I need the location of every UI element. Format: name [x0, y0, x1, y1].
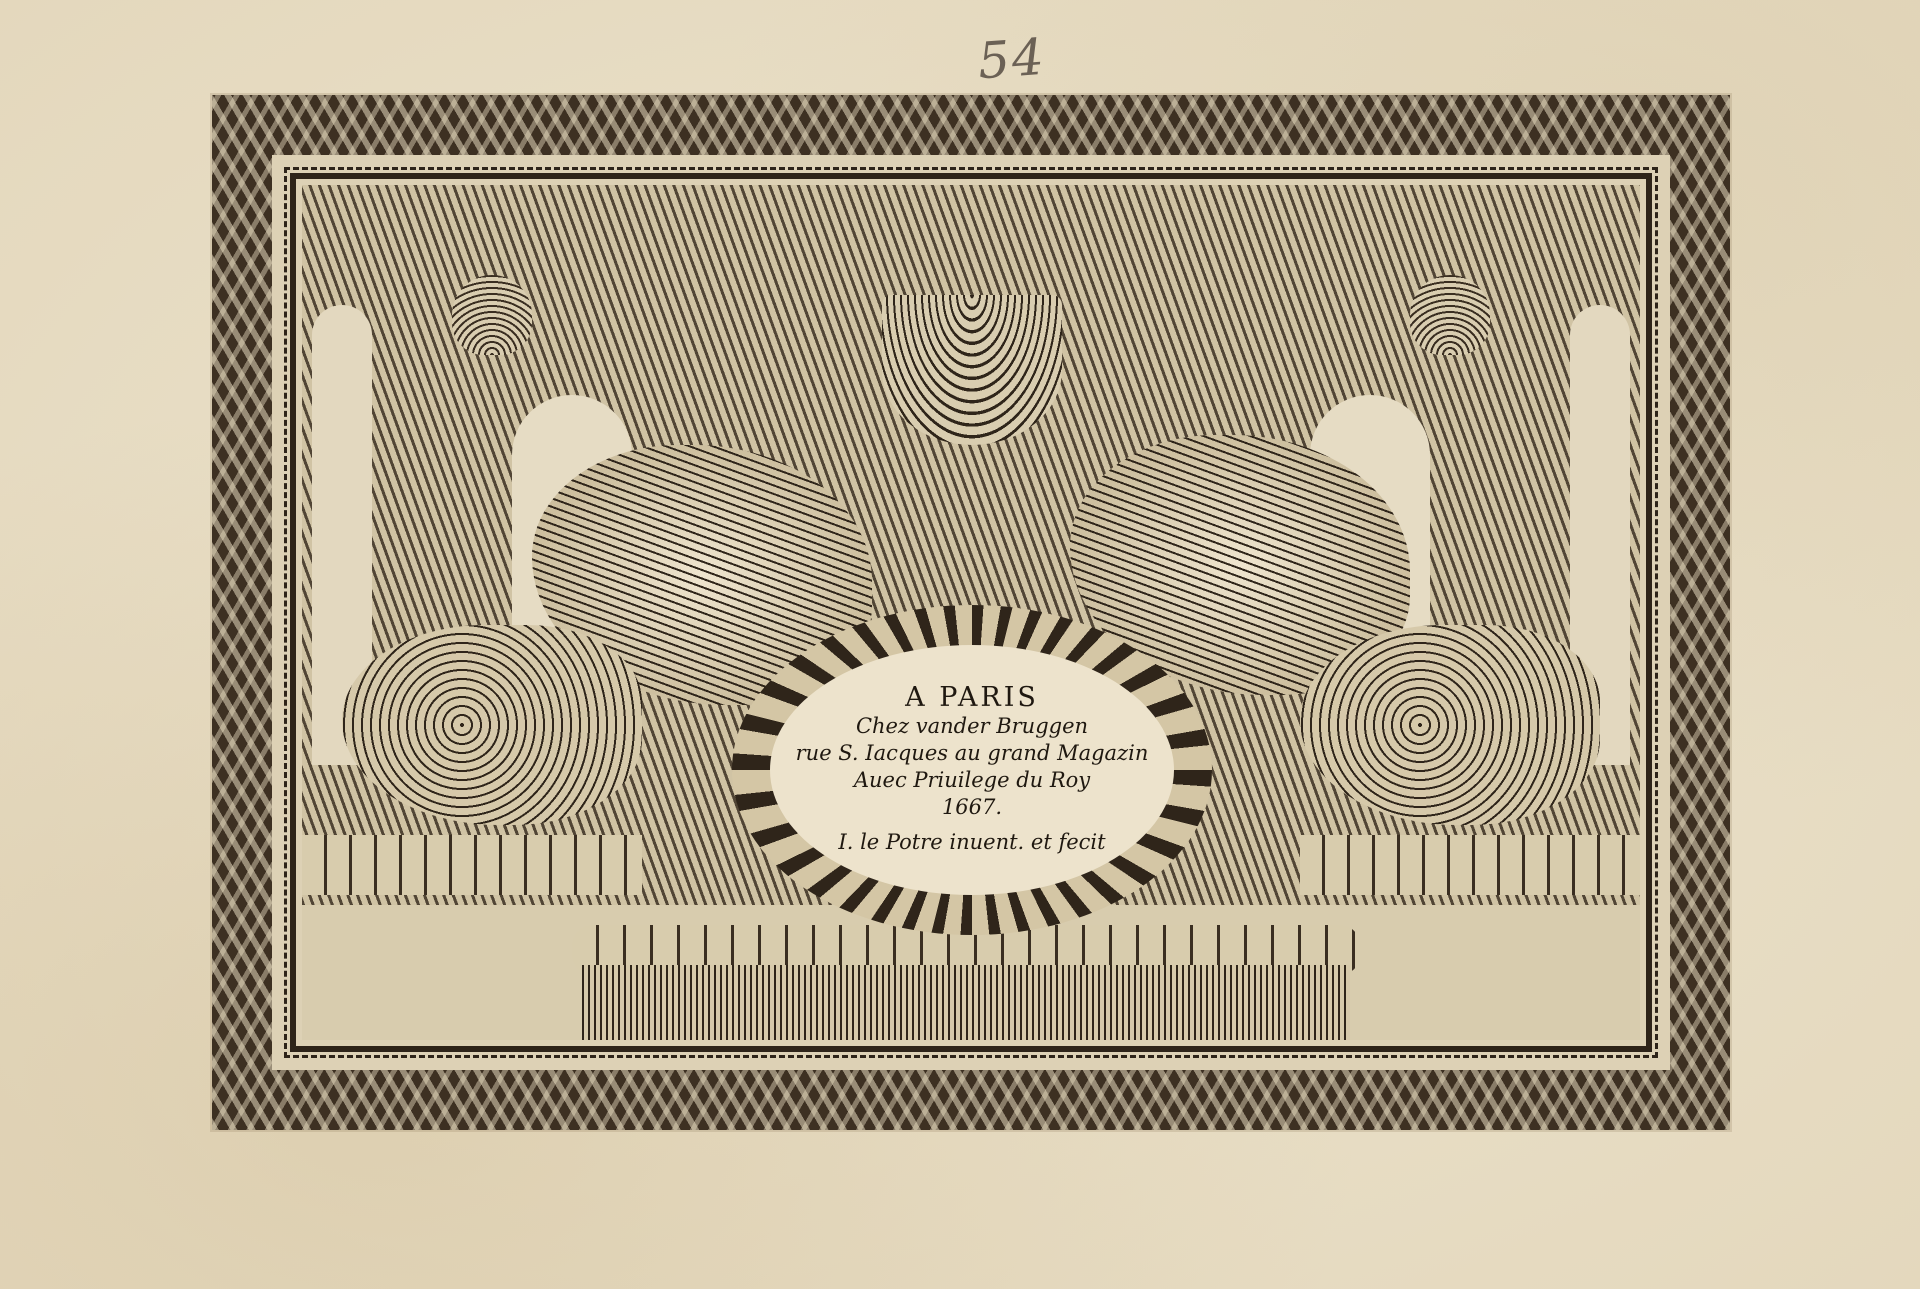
left-ledge	[302, 835, 642, 895]
cartouche-title: A PARIS	[905, 684, 1039, 711]
grotesque-mask-with-shell-basin	[882, 295, 1062, 445]
left-scallop-shell-icon	[452, 275, 532, 355]
publisher-line: Chez vander Bruggen	[856, 713, 1088, 740]
handwritten-page-number: 54	[976, 28, 1048, 91]
title-cartouche: A PARIS Chez vander Bruggen rue S. Iacqu…	[770, 645, 1174, 895]
date-line: 1667.	[942, 794, 1002, 821]
privilege-line: Auec Priuilege du Roy	[854, 767, 1090, 794]
right-scallop-shell-icon	[1410, 275, 1490, 355]
address-line: rue S. Iacques au grand Magazin	[796, 740, 1149, 767]
artist-signature: I. le Potre inuent. et fecit	[838, 829, 1105, 856]
engraving-plate: A PARIS Chez vander Bruggen rue S. Iacqu…	[212, 95, 1730, 1130]
grotto-scene: A PARIS Chez vander Bruggen rue S. Iacqu…	[302, 185, 1640, 1040]
pedestal-base	[582, 965, 1350, 1040]
right-ledge	[1300, 835, 1640, 895]
